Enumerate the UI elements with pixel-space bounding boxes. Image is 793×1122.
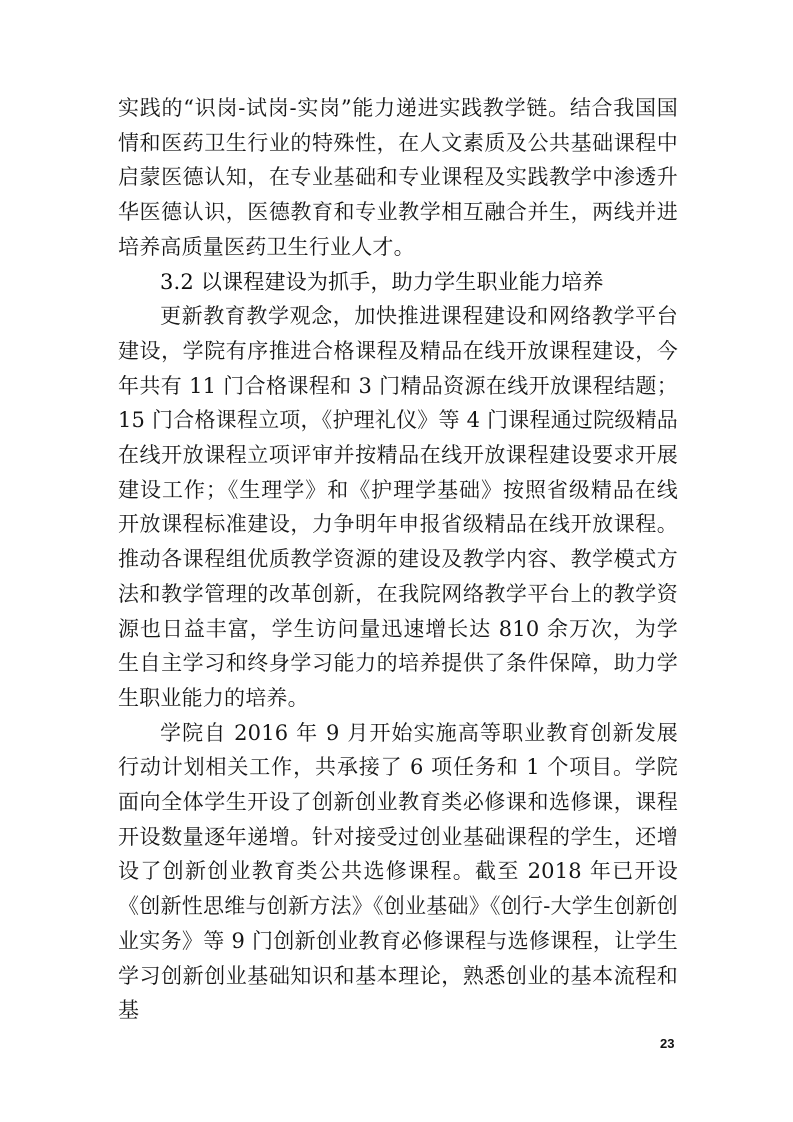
document-page: 实践的“识岗-试岗-实岗”能力递进实践教学链。结合我国国情和医药卫生行业的特殊性… bbox=[0, 0, 793, 1122]
section-heading: 3.2 以课程建设为抓手，助力学生职业能力培养 bbox=[118, 265, 678, 300]
paragraph-innovation-education: 学院自 2016 年 9 月开始实施高等职业教育创新发展行动计划相关工作，共承接… bbox=[118, 716, 678, 1028]
paragraph-continuation: 实践的“识岗-试岗-实岗”能力递进实践教学链。结合我国国情和医药卫生行业的特殊性… bbox=[118, 91, 678, 265]
page-number: 23 bbox=[660, 1036, 690, 1051]
page-body-text: 实践的“识岗-试岗-实岗”能力递进实践教学链。结合我国国情和医药卫生行业的特殊性… bbox=[118, 91, 678, 1028]
paragraph-course-building: 更新教育教学观念，加快推进课程建设和网络教学平台建设，学院有序推进合格课程及精品… bbox=[118, 299, 678, 715]
